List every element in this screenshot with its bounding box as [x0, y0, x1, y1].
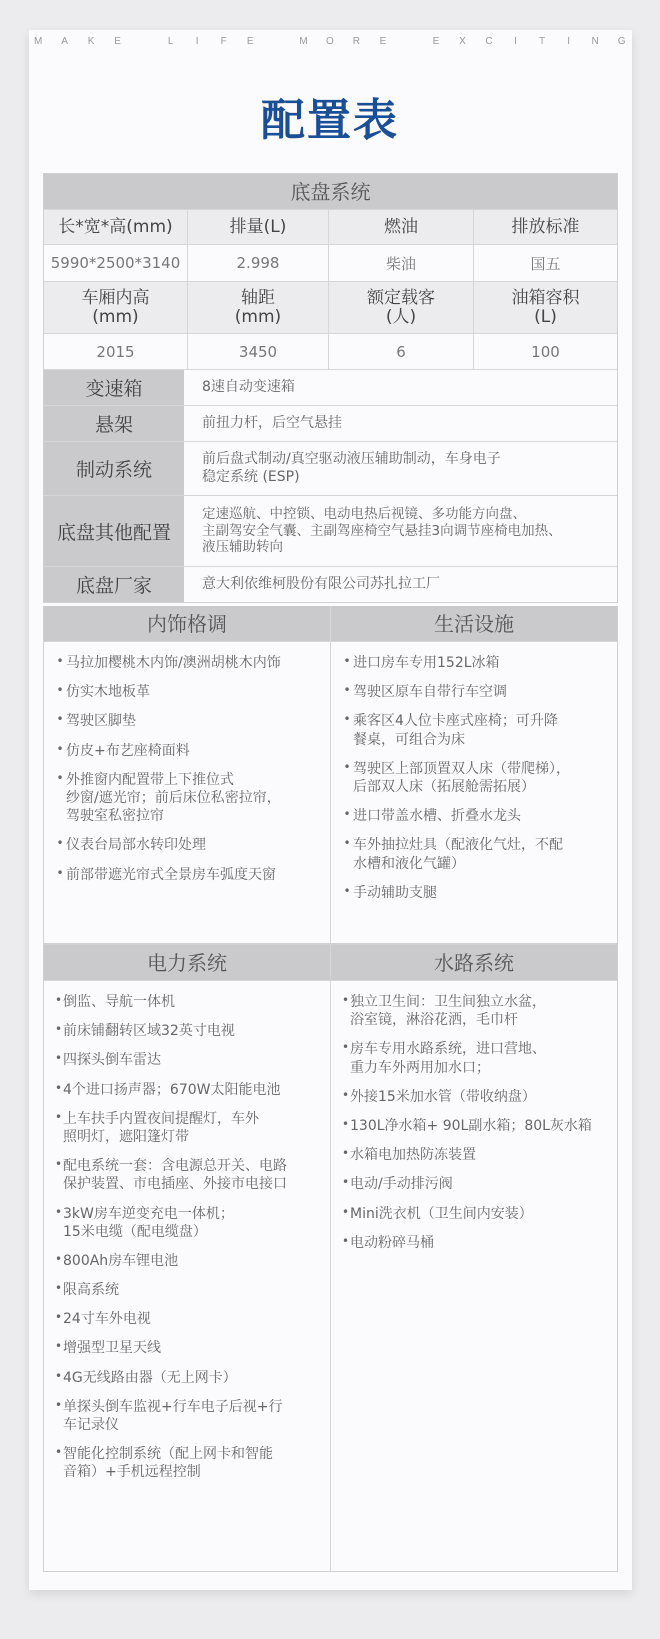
kv-label: 底盘厂家: [44, 567, 184, 602]
tagline-letter: T: [538, 36, 546, 47]
bullet-icon: •: [341, 836, 353, 872]
list-item-text: 房车专用水路系统，进口营地、 重力车外两用加水口；: [350, 1040, 607, 1076]
power-column: 电力系统 •倒监、导航一体机•前床铺翻转区域32英寸电视•四探头倒车雷达•4个进…: [44, 945, 331, 1571]
list-item: •乘客区4人位卡座式座椅；可升降 餐桌，可组合为床: [341, 712, 607, 748]
list-item-text: 手动辅助支腿: [353, 884, 607, 902]
kv-label: 悬架: [44, 406, 184, 441]
list-item-text: 外推窗内配置带上下推位式 纱窗/遮光帘；前后床位私密拉帘， 驾驶室私密拉帘: [66, 771, 320, 826]
tagline-letter: O: [326, 36, 334, 47]
kv-row-transmission: 变速箱 8速自动变速箱: [44, 370, 617, 406]
bullet-icon: •: [54, 771, 66, 826]
list-item-text: 800Ah房车锂电池: [63, 1252, 320, 1270]
spec-value: 国五: [474, 245, 617, 281]
list-item: •进口房车专用152L冰箱: [341, 654, 607, 672]
tagline-letter: G: [618, 36, 626, 47]
list-item-text: 驾驶区脚垫: [66, 712, 320, 730]
tagline-letter: E: [432, 36, 440, 47]
list-item: •四探头倒车雷达: [54, 1051, 320, 1069]
spec-value-row-1: 5990*2500*3140 2.998 柴油 国五: [44, 245, 617, 282]
tagline-letter: E: [379, 36, 387, 47]
list-item: •仪表台局部水转印处理: [54, 836, 320, 854]
tagline-letter: L: [167, 36, 175, 47]
list-item-text: 倒监、导航一体机: [63, 993, 320, 1011]
list-item: •水箱电加热防冻装置: [341, 1146, 607, 1164]
bullet-icon: •: [54, 993, 63, 1011]
kv-value: 8速自动变速箱: [184, 370, 617, 405]
list-item: •电动粉碎马桶: [341, 1234, 607, 1252]
list-item: •驾驶区原车自带行车空调: [341, 683, 607, 701]
section-heading-power: 电力系统: [44, 945, 330, 981]
list-item: •前床铺翻转区域32英寸电视: [54, 1022, 320, 1040]
bullet-icon: •: [341, 1175, 350, 1193]
list-item-text: 130L净水箱+ 90L副水箱；80L灰水箱: [350, 1117, 607, 1135]
kv-row-brakes: 制动系统 前后盘式制动/真空驱动液压辅助制动，车身电子 稳定系统 (ESP): [44, 442, 617, 496]
bullet-icon: •: [54, 866, 66, 884]
list-item-text: 前床铺翻转区域32英寸电视: [63, 1022, 320, 1040]
kv-row-suspension: 悬架 前扭力杆，后空气悬挂: [44, 406, 617, 442]
list-item: •Mini洗衣机（卫生间内安装）: [341, 1205, 607, 1223]
chassis-table: 底盘系统 长*宽*高(mm) 排量(L) 燃油 排放标准 5990*2500*3…: [43, 173, 618, 603]
spec-header: 长*宽*高(mm): [44, 210, 188, 244]
list-item-text: Mini洗衣机（卫生间内安装）: [350, 1205, 607, 1223]
tagline-letter: C: [485, 36, 493, 47]
list-item-text: 独立卫生间：卫生间独立水盆， 浴室镜，淋浴花洒，毛巾杆: [350, 993, 607, 1029]
tagline-letter: [273, 36, 281, 47]
kv-row-other-config: 底盘其他配置 定速巡航、中控锁、电动电热后视镜、多功能方向盘、 主副驾安全气囊、…: [44, 496, 617, 567]
bullet-icon: •: [54, 683, 66, 701]
section-heading-interior: 内饰格调: [44, 606, 330, 642]
spec-value: 2015: [44, 334, 188, 369]
spec-header-row-2: 车厢内高 (mm) 轴距 (mm) 额定载客 (人) 油箱容积 (L): [44, 282, 617, 334]
kv-value: 前后盘式制动/真空驱动液压辅助制动，车身电子 稳定系统 (ESP): [184, 442, 617, 495]
list-item-text: 限高系统: [63, 1281, 320, 1299]
bullet-icon: •: [341, 760, 353, 796]
list-item: •增强型卫星天线: [54, 1339, 320, 1357]
list-item-text: 水箱电加热防冻装置: [350, 1146, 607, 1164]
list-item-text: 仪表台局部水转印处理: [66, 836, 320, 854]
list-item-text: 马拉加樱桃木内饰/澳洲胡桃木内饰: [66, 654, 320, 672]
list-item: •仿皮+布艺座椅面料: [54, 742, 320, 760]
bullet-icon: •: [54, 1339, 63, 1357]
kv-label: 变速箱: [44, 370, 184, 405]
section-heading-chassis: 底盘系统: [44, 174, 617, 210]
tagline-letter: N: [591, 36, 599, 47]
bullet-icon: •: [341, 654, 353, 672]
list-item-text: 上车扶手内置夜间提醒灯，车外 照明灯，遮阳篷灯带: [63, 1110, 320, 1146]
tagline-letter: M: [34, 36, 42, 47]
kv-value: 意大利依维柯股份有限公司苏扎拉工厂: [184, 567, 617, 602]
bullet-icon: •: [54, 1281, 63, 1299]
bullet-icon: •: [341, 1088, 350, 1106]
spec-header: 轴距 (mm): [188, 282, 329, 333]
list-item: •驾驶区上部顶置双人床（带爬梯）， 后部双人床（拓展舱需拓展）: [341, 760, 607, 796]
tagline-letter: I: [512, 36, 520, 47]
bullet-icon: •: [54, 1081, 63, 1099]
tagline-letter: I: [193, 36, 201, 47]
list-item-text: 乘客区4人位卡座式座椅；可升降 餐桌，可组合为床: [353, 712, 607, 748]
list-item-text: 车外抽拉灶具（配液化气灶，不配 水槽和液化气罐）: [353, 836, 607, 872]
list-item-text: 驾驶区上部顶置双人床（带爬梯）， 后部双人床（拓展舱需拓展）: [353, 760, 607, 796]
bullet-icon: •: [54, 1445, 63, 1481]
bullet-icon: •: [54, 1398, 63, 1434]
spec-header: 额定载客 (人): [329, 282, 474, 333]
spec-value: 3450: [188, 334, 329, 369]
spec-header: 排放标准: [474, 210, 617, 244]
bullet-icon: •: [54, 1051, 63, 1069]
list-item: •130L净水箱+ 90L副水箱；80L灰水箱: [341, 1117, 607, 1135]
spec-value-row-2: 2015 3450 6 100: [44, 334, 617, 370]
tagline-letter: M: [299, 36, 307, 47]
list-item-text: 4个进口扬声器；670W太阳能电池: [63, 1081, 320, 1099]
spec-value: 6: [329, 334, 474, 369]
bullet-icon: •: [54, 712, 66, 730]
list-item: •智能化控制系统（配上网卡和智能 音箱）+手机远程控制: [54, 1445, 320, 1481]
spec-value: 5990*2500*3140: [44, 245, 188, 281]
list-item: •车外抽拉灶具（配液化气灶，不配 水槽和液化气罐）: [341, 836, 607, 872]
power-water-block: 电力系统 •倒监、导航一体机•前床铺翻转区域32英寸电视•四探头倒车雷达•4个进…: [43, 944, 618, 1572]
bullet-icon: •: [341, 712, 353, 748]
list-item-text: 前部带遮光帘式全景房车弧度天窗: [66, 866, 320, 884]
tagline-letter: A: [61, 36, 69, 47]
bullet-icon: •: [54, 1205, 63, 1241]
tagline-letter: X: [459, 36, 467, 47]
tagline-letter: E: [114, 36, 122, 47]
living-column: 生活设施 •进口房车专用152L冰箱•驾驶区原车自带行车空调•乘客区4人位卡座式…: [331, 606, 617, 943]
tagline: MAKE LIFE MORE EXCITING: [0, 36, 660, 47]
bullet-icon: •: [341, 1117, 350, 1135]
tagline-letter: F: [220, 36, 228, 47]
spec-header-row-1: 长*宽*高(mm) 排量(L) 燃油 排放标准: [44, 210, 617, 245]
list-item: •手动辅助支腿: [341, 884, 607, 902]
list-item: •独立卫生间：卫生间独立水盆， 浴室镜，淋浴花洒，毛巾杆: [341, 993, 607, 1029]
tagline-letter: [405, 36, 413, 47]
bullet-icon: •: [341, 807, 353, 825]
tagline-letter: [140, 36, 148, 47]
list-item: •前部带遮光帘式全景房车弧度天窗: [54, 866, 320, 884]
list-item-text: 智能化控制系统（配上网卡和智能 音箱）+手机远程控制: [63, 1445, 320, 1481]
tagline-letter: R: [352, 36, 360, 47]
list-item-text: 进口带盖水槽、折叠水龙头: [353, 807, 607, 825]
tagline-letter: I: [565, 36, 573, 47]
list-item: •4G无线路由器（无上网卡）: [54, 1369, 320, 1387]
list-item: •4个进口扬声器；670W太阳能电池: [54, 1081, 320, 1099]
list-item-text: 3kW房车逆变充电一体机； 15米电缆（配电缆盘）: [63, 1205, 320, 1241]
water-column: 水路系统 •独立卫生间：卫生间独立水盆， 浴室镜，淋浴花洒，毛巾杆•房车专用水路…: [331, 945, 617, 1571]
list-item: •24寸车外电视: [54, 1310, 320, 1328]
list-item: •驾驶区脚垫: [54, 712, 320, 730]
bullet-icon: •: [54, 1157, 63, 1193]
list-item-text: 仿皮+布艺座椅面料: [66, 742, 320, 760]
tagline-letter: E: [246, 36, 254, 47]
section-heading-living: 生活设施: [331, 606, 617, 642]
bullet-icon: •: [54, 1022, 63, 1040]
bullet-icon: •: [341, 1146, 350, 1164]
water-list: •独立卫生间：卫生间独立水盆， 浴室镜，淋浴花洒，毛巾杆•房车专用水路系统，进口…: [331, 981, 617, 1273]
spec-header: 油箱容积 (L): [474, 282, 617, 333]
page-title: 配置表: [0, 84, 660, 148]
list-item-text: 进口房车专用152L冰箱: [353, 654, 607, 672]
spec-header: 燃油: [329, 210, 474, 244]
list-item: •3kW房车逆变充电一体机； 15米电缆（配电缆盘）: [54, 1205, 320, 1241]
list-item-text: 电动/手动排污阀: [350, 1175, 607, 1193]
kv-label: 制动系统: [44, 442, 184, 495]
list-item-text: 单探头倒车监视+行车电子后视+行 车记录仪: [63, 1398, 320, 1434]
bullet-icon: •: [54, 836, 66, 854]
list-item-text: 四探头倒车雷达: [63, 1051, 320, 1069]
list-item: •800Ah房车锂电池: [54, 1252, 320, 1270]
bullet-icon: •: [341, 683, 353, 701]
bullet-icon: •: [341, 884, 353, 902]
bullet-icon: •: [341, 1040, 350, 1076]
list-item-text: 配电系统一套：含电源总开关、电路 保护装置、市电插座、外接市电接口: [63, 1157, 320, 1193]
bullet-icon: •: [54, 654, 66, 672]
list-item-text: 外接15米加水管（带收纳盘）: [350, 1088, 607, 1106]
section-heading-water: 水路系统: [331, 945, 617, 981]
spec-header: 排量(L): [188, 210, 329, 244]
list-item: •外推窗内配置带上下推位式 纱窗/遮光帘；前后床位私密拉帘， 驾驶室私密拉帘: [54, 771, 320, 826]
list-item-text: 电动粉碎马桶: [350, 1234, 607, 1252]
list-item: •外接15米加水管（带收纳盘）: [341, 1088, 607, 1106]
kv-value: 前扭力杆，后空气悬挂: [184, 406, 617, 441]
bullet-icon: •: [54, 1252, 63, 1270]
kv-label: 底盘其他配置: [44, 496, 184, 566]
bullet-icon: •: [54, 1310, 63, 1328]
tagline-letter: K: [87, 36, 95, 47]
bullet-icon: •: [54, 1110, 63, 1146]
power-list: •倒监、导航一体机•前床铺翻转区域32英寸电视•四探头倒车雷达•4个进口扬声器；…: [44, 981, 330, 1503]
list-item: •上车扶手内置夜间提醒灯，车外 照明灯，遮阳篷灯带: [54, 1110, 320, 1146]
list-item-text: 4G无线路由器（无上网卡）: [63, 1369, 320, 1387]
interior-living-block: 内饰格调 •马拉加樱桃木内饰/澳洲胡桃木内饰•仿实木地板革•驾驶区脚垫•仿皮+布…: [43, 606, 618, 944]
list-item: •仿实木地板革: [54, 683, 320, 701]
list-item-text: 驾驶区原车自带行车空调: [353, 683, 607, 701]
list-item-text: 增强型卫星天线: [63, 1339, 320, 1357]
kv-row-manufacturer: 底盘厂家 意大利依维柯股份有限公司苏扎拉工厂: [44, 567, 617, 602]
spec-value: 2.998: [188, 245, 329, 281]
list-item: •配电系统一套：含电源总开关、电路 保护装置、市电插座、外接市电接口: [54, 1157, 320, 1193]
interior-list: •马拉加樱桃木内饰/澳洲胡桃木内饰•仿实木地板革•驾驶区脚垫•仿皮+布艺座椅面料…: [44, 642, 330, 905]
spec-header: 车厢内高 (mm): [44, 282, 188, 333]
bullet-icon: •: [54, 742, 66, 760]
list-item: •限高系统: [54, 1281, 320, 1299]
list-item-text: 仿实木地板革: [66, 683, 320, 701]
spec-value: 100: [474, 334, 617, 369]
list-item: •进口带盖水槽、折叠水龙头: [341, 807, 607, 825]
list-item: •电动/手动排污阀: [341, 1175, 607, 1193]
list-item: •马拉加樱桃木内饰/澳洲胡桃木内饰: [54, 654, 320, 672]
kv-value: 定速巡航、中控锁、电动电热后视镜、多功能方向盘、 主副驾安全气囊、主副驾座椅空气…: [184, 496, 617, 566]
interior-column: 内饰格调 •马拉加樱桃木内饰/澳洲胡桃木内饰•仿实木地板革•驾驶区脚垫•仿皮+布…: [44, 606, 331, 943]
list-item: •倒监、导航一体机: [54, 993, 320, 1011]
spec-value: 柴油: [329, 245, 474, 281]
list-item: •单探头倒车监视+行车电子后视+行 车记录仪: [54, 1398, 320, 1434]
list-item: •房车专用水路系统，进口营地、 重力车外两用加水口；: [341, 1040, 607, 1076]
living-list: •进口房车专用152L冰箱•驾驶区原车自带行车空调•乘客区4人位卡座式座椅；可升…: [331, 642, 617, 923]
bullet-icon: •: [341, 1234, 350, 1252]
bullet-icon: •: [54, 1369, 63, 1387]
bullet-icon: •: [341, 1205, 350, 1223]
list-item-text: 24寸车外电视: [63, 1310, 320, 1328]
bullet-icon: •: [341, 993, 350, 1029]
